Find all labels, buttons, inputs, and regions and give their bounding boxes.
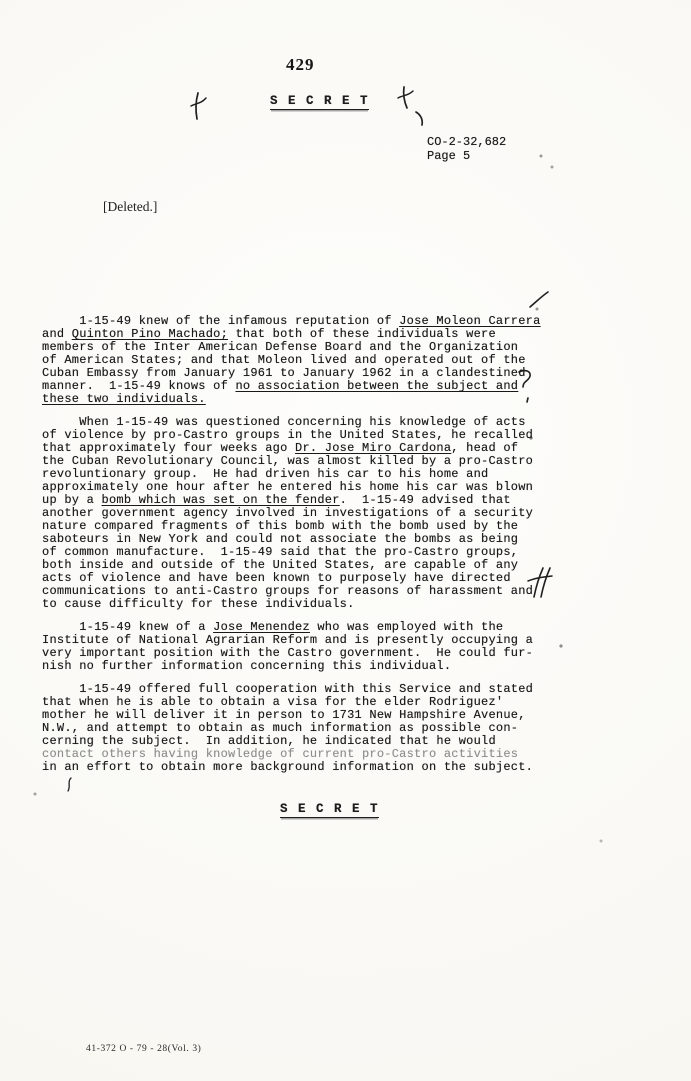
- underlined-text: Quinton Pino Machado;: [72, 327, 228, 341]
- text-segment: up by a: [42, 493, 102, 507]
- underlined-text: bomb which was set on the fender: [102, 493, 340, 507]
- document-page-label: Page 5: [427, 150, 506, 164]
- page-number: 429: [286, 55, 315, 75]
- text-segment: that both of these individuals were: [228, 327, 496, 341]
- underlined-text: Dr. Jose Miro Cardona: [295, 441, 451, 455]
- scanned-document-page: 429 S E C R E T CO-2-32,682Page 5 [Delet…: [0, 0, 691, 1081]
- text-segment: Institute of National Agrarian Reform an…: [42, 633, 533, 647]
- paragraph: 1-15-49 knew of the infamous reputation …: [42, 315, 541, 406]
- document-reference: CO-2-32,682Page 5: [427, 136, 506, 163]
- text-segment: and: [42, 327, 72, 341]
- underlined-text: no association between the subject and: [235, 379, 518, 393]
- paragraph: When 1-15-49 was questioned concerning h…: [42, 416, 541, 611]
- print-footer: 41-372 O - 79 - 28(Vol. 3): [86, 1044, 201, 1054]
- text-segment: cerning the subject. In addition, he ind…: [42, 734, 496, 748]
- underlined-text: these two individuals.: [42, 392, 206, 406]
- body-line: to cause difficulty for these individual…: [42, 598, 541, 611]
- paragraph: 1-15-49 knew of a Jose Menendez who was …: [42, 621, 541, 673]
- text-segment: . 1-15-49 advised that: [340, 493, 511, 507]
- text-segment: saboteurs in New York and could not asso…: [42, 532, 518, 546]
- slash-mark-icon: [528, 290, 550, 310]
- body-line: these two individuals.: [42, 393, 541, 406]
- underlined-text: Jose Moleon Carrera: [399, 314, 540, 328]
- checkmark-right-icon: [396, 84, 430, 130]
- body-line: in an effort to obtain more background i…: [42, 761, 541, 774]
- text-segment: who was employed with the: [310, 620, 503, 634]
- text-segment: nish no further information concerning t…: [42, 659, 451, 673]
- text-segment: contact others having knowledge of curre…: [42, 747, 518, 761]
- text-segment: 1-15-49 knew of the infamous reputation …: [42, 314, 399, 328]
- text-segment: mother he will deliver it in person to 1…: [42, 708, 526, 722]
- text-segment: Cuban Embassy from January 1961 to Janua…: [42, 366, 526, 380]
- deleted-note: [Deleted.]: [103, 199, 157, 215]
- text-segment: another government agency involved in in…: [42, 506, 533, 520]
- text-segment: members of the Inter American Defense Bo…: [42, 340, 518, 354]
- text-segment: that when he is able to obtain a visa fo…: [42, 695, 503, 709]
- classification-stamp-top: S E C R E T: [270, 94, 369, 110]
- text-segment: nature compared fragments of this bomb w…: [42, 519, 518, 533]
- text-segment: to cause difficulty for these individual…: [42, 597, 355, 611]
- text-segment: 1-15-49 offered full cooperation with th…: [42, 682, 533, 696]
- text-segment: , head of: [451, 441, 518, 455]
- text-segment: very important position with the Castro …: [42, 646, 533, 660]
- text-segment: acts of violence and have been known to …: [42, 571, 511, 585]
- text-segment: that approximately four weeks ago: [42, 441, 295, 455]
- text-segment: of American States; and that Moleon live…: [42, 353, 526, 367]
- body-line: contact others having knowledge of curre…: [42, 748, 541, 761]
- text-segment: of common manufacture. 1-15-49 said that…: [42, 545, 518, 559]
- text-segment: manner. 1-15-49 knows of: [42, 379, 235, 393]
- text-segment: N.W., and attempt to obtain as much info…: [42, 721, 518, 735]
- text-segment: of violence by pro-Castro groups in the …: [42, 428, 533, 442]
- scan-specks: [0, 0, 2, 2]
- text-segment: the Cuban Revolutionary Council, was alm…: [42, 454, 533, 468]
- body-line: nish no further information concerning t…: [42, 660, 541, 673]
- document-reference-number: CO-2-32,682: [427, 136, 506, 150]
- text-segment: revoluntionary group. He had driven his …: [42, 467, 488, 481]
- text-segment: approximately one hour after he entered …: [42, 480, 533, 494]
- text-segment: in an effort to obtain more background i…: [42, 760, 533, 774]
- text-segment: both inside and outside of the United St…: [42, 558, 518, 572]
- checkmark-left-icon: [188, 90, 212, 124]
- paragraph: 1-15-49 offered full cooperation with th…: [42, 683, 541, 774]
- body-text: 1-15-49 knew of the infamous reputation …: [42, 315, 541, 784]
- text-segment: 1-15-49 knew of a: [42, 620, 213, 634]
- classification-stamp-bottom: S E C R E T: [280, 802, 379, 818]
- text-segment: communications to anti-Castro groups for…: [42, 584, 533, 598]
- underlined-text: Jose Menendez: [213, 620, 310, 634]
- text-segment: When 1-15-49 was questioned concerning h…: [42, 415, 526, 429]
